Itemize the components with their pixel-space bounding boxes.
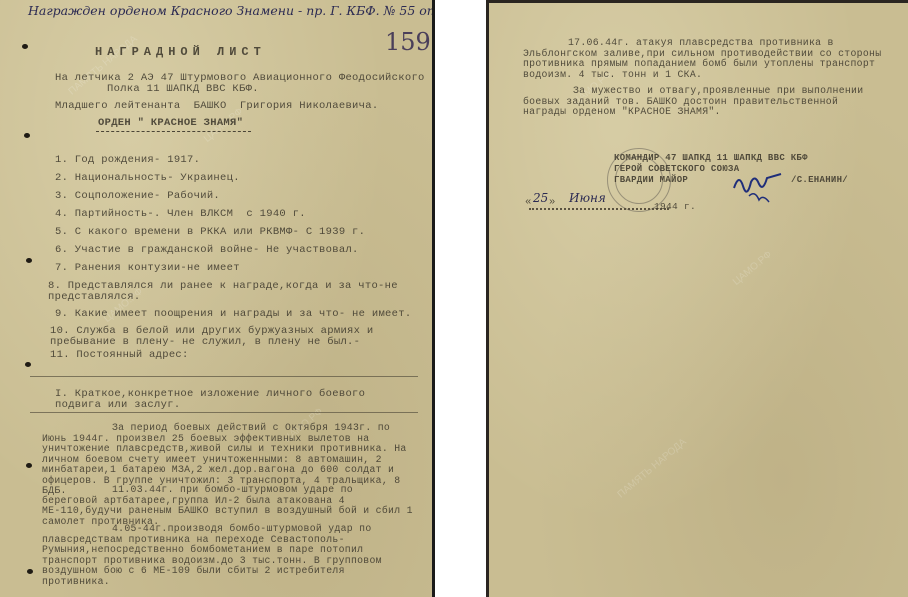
item-10: 10. Служба в белой или других буржуазных… <box>50 326 400 348</box>
date-day-close-quote: » <box>549 197 556 208</box>
punch-hole <box>26 258 32 263</box>
item-6: 6. Участие в гражданской войне- Не участ… <box>55 245 359 256</box>
archive-sheet-number: 159 <box>385 28 431 56</box>
section-divider <box>30 412 418 413</box>
watermark: ПАМЯТЬ НАРОДА <box>616 437 689 501</box>
punch-hole <box>24 133 30 138</box>
punch-hole <box>26 463 32 468</box>
date-month: Июня <box>569 191 606 205</box>
subtitle-line-3: Младшего лейтенанта БАШКО Григория Никол… <box>55 101 378 112</box>
signature-title-1: КОМАНДИР 47 ШАПКД 11 ШАПКД ВВС КБФ <box>614 153 808 164</box>
date-day: 25 <box>533 191 548 205</box>
item-5: 5. С какого времени в РККА или РКВМФ- С … <box>55 227 365 238</box>
date-dotted-line <box>529 208 669 210</box>
document-title: НАГРАДНОЙ ЛИСТ <box>95 47 266 58</box>
item-3: 3. Соцположение- Рабочий. <box>55 191 220 202</box>
order-heading: ОРДЕН " КРАСНОЕ ЗНАМЯ" <box>98 118 243 129</box>
signature-title-3: ГВАРДИИ МАЙОР <box>614 175 688 186</box>
signer-name: /С.ЕНАНИН/ <box>791 175 848 186</box>
page-gap <box>435 0 486 597</box>
subtitle-line-2: Полка 11 ШАПКД ВВС КБФ. <box>107 84 259 95</box>
punch-hole <box>25 362 31 367</box>
merit-paragraph-4: 17.06.44г. атакуя плавсредства противник… <box>523 38 883 80</box>
punch-hole <box>22 44 28 49</box>
order-heading-underline <box>96 131 251 132</box>
watermark: ЦАМО.РФ <box>731 249 774 288</box>
date-day-open-quote: « <box>525 197 532 208</box>
item-11: 11. Постоянный адрес: <box>50 350 189 361</box>
item-4: 4. Партийность-. Член ВЛКСМ с 1940 г. <box>55 209 306 220</box>
handwritten-signature <box>729 168 789 208</box>
handwritten-award-note: Награжден орденом Красного Знамени - пр.… <box>28 3 435 18</box>
section-divider <box>30 376 418 377</box>
signature-title-2: ГЕРОЙ СОВЕТСКОГО СОЮЗА <box>614 164 739 175</box>
item-9: 9. Какие имеет поощрения и награды и за … <box>55 309 411 320</box>
section-heading: I. Краткое,конкретное изложение личного … <box>55 389 400 411</box>
item-2: 2. Национальность- Украинец. <box>55 173 240 184</box>
merit-paragraph-2: 11.03.44г. при бомбо-штурмовом ударе по … <box>42 485 414 527</box>
merit-paragraph-3: 4.05-44г.производя бомбо-штурмовой удар … <box>42 524 414 587</box>
date-year: 1944 г. <box>654 201 696 212</box>
item-8: 8. Представлялся ли ранее к награде,когд… <box>48 281 418 303</box>
conclusion-paragraph: За мужество и отвагу,проявленные при вып… <box>523 86 883 118</box>
award-sheet-page-2: ЦАМО.РФ ЦАМО.РФ ПАМЯТЬ НАРОДА 17.06.44г.… <box>486 0 908 597</box>
punch-hole <box>27 569 33 574</box>
item-1: 1. Год рождения- 1917. <box>55 155 200 166</box>
item-7: 7. Ранения контузии-не имеет <box>55 263 240 274</box>
award-sheet-page-1: ПАМЯТЬ НАРОДА ЦАМО.РФ ЦАМО.РФ ЦАМО.РФ На… <box>0 0 435 597</box>
